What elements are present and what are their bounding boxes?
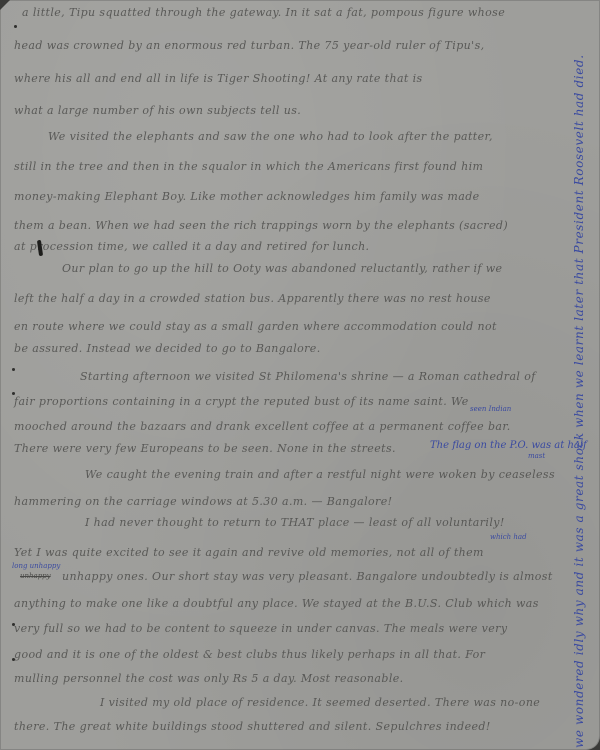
text-line: left the half a day in a crowded station…	[14, 292, 491, 305]
text-line: still in the tree and then in the squalo…	[14, 160, 483, 173]
struck-word-unhappy: unhappy	[20, 572, 51, 580]
margin-note-vertical: we wondered idly why and it was a great …	[572, 54, 586, 748]
ink-dot	[14, 25, 17, 28]
text-line: be assured. Instead we decided to go to …	[14, 342, 321, 355]
ink-dot	[12, 623, 15, 626]
manuscript-page: a little, Tipu squatted through the gate…	[0, 0, 600, 750]
text-line: at procession time, we called it a day a…	[14, 240, 369, 253]
text-line: en route where we could stay as a small …	[14, 320, 497, 333]
insertion-flag-note-mast: mast	[528, 452, 545, 460]
insertion-long-unhappy: long unhappy	[12, 562, 60, 570]
text-line: good and it is one of the oldest & best …	[14, 648, 485, 661]
ink-dot	[12, 392, 15, 395]
text-line: where his all and end all in life is Tig…	[14, 72, 423, 85]
text-line: I visited my old place of residence. It …	[100, 696, 540, 709]
text-line: there. The great white buildings stood s…	[14, 720, 491, 733]
text-line: head was crowned by an enormous red turb…	[14, 39, 485, 52]
text-line: We caught the evening train and after a …	[85, 468, 555, 481]
text-line: We visited the elephants and saw the one…	[48, 130, 493, 143]
text-line: very full so we had to be content to squ…	[14, 622, 507, 635]
text-line: There were very few Europeans to be seen…	[14, 442, 396, 455]
text-line: them a bean. When we had seen the rich t…	[14, 219, 508, 232]
text-line: fair proportions containing in a crypt t…	[14, 395, 469, 408]
insertion-flag-note: The flag on the P.O. was at half	[430, 440, 587, 451]
text-line: I had never thought to return to THAT pl…	[85, 516, 505, 529]
ink-dot	[12, 368, 15, 371]
text-line: Yet I was quite excited to see it again …	[14, 546, 484, 559]
text-line: Starting afternoon we visited St Philome…	[80, 370, 536, 383]
text-line: money-making Elephant Boy. Like mother a…	[14, 190, 480, 203]
text-line: mooched around the bazaars and drank exc…	[14, 420, 511, 433]
text-line: unhappy ones. Our short stay was very pl…	[62, 570, 553, 583]
text-line: Our plan to go up the hill to Ooty was a…	[62, 262, 502, 275]
text-line: a little, Tipu squatted through the gate…	[22, 6, 505, 19]
insertion-which-had: which had	[490, 533, 527, 541]
ink-dot	[12, 658, 15, 661]
text-line: hammering on the carriage windows at 5.3…	[14, 495, 392, 508]
text-line: mulling personnel the cost was only Rs 5…	[14, 672, 404, 685]
text-line: anything to make one like a doubtful any…	[14, 597, 539, 610]
insertion-seen-indian: seen Indian	[470, 405, 511, 413]
torn-corner	[0, 0, 10, 10]
text-line: what a large number of his own subjects …	[14, 104, 301, 117]
